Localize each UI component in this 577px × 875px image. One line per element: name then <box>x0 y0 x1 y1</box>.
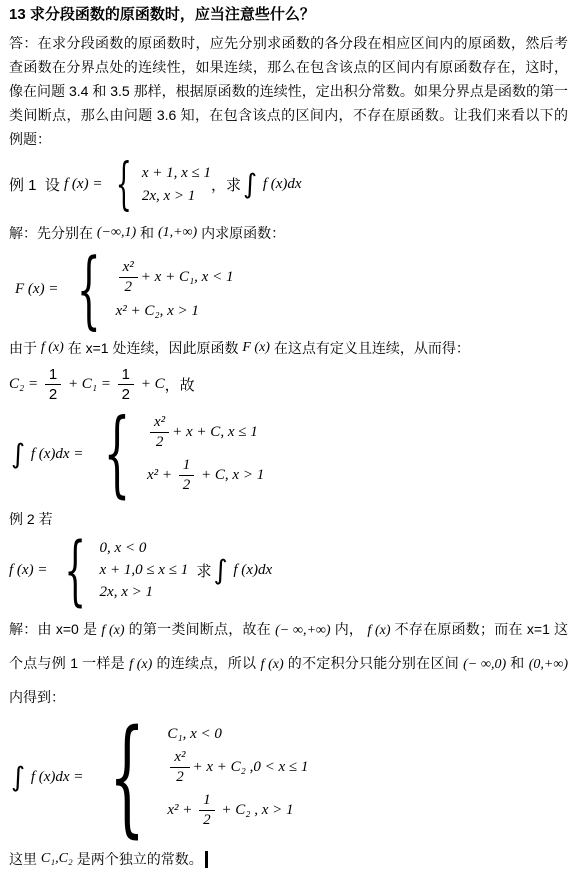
case-row: x²2+ x + C, x ≤ 1 <box>147 414 258 451</box>
example1-task: ，求∫ f (x)dx <box>211 171 302 198</box>
left-brace-icon: { <box>116 159 132 211</box>
integral2-lhs: ∫ f (x)dx = <box>9 764 87 791</box>
integral2-case-rows: C₁, x < 0 x²2+ x + C₂ ,0 < x ≤ 1 x² + 12… <box>167 726 308 829</box>
example2-lhs: f (x) = <box>9 562 51 579</box>
example2-case-rows: 0, x < 0 x + 1,0 ≤ x ≤ 1 2x, x > 1 <box>100 540 189 601</box>
example1-piecewise: { x + 1, x ≤ 1 2x, x > 1 <box>106 159 211 211</box>
closing-text: 这里 C₁,C₂ 是两个独立的常数。 <box>9 849 203 869</box>
example2-piecewise: { 0, x < 0 x + 1,0 ≤ x ≤ 1 2x, x > 1 <box>51 535 188 605</box>
antiderivative-F-formula: F (x) = { x²2+ x + C₁, x < 1 x² + C₂, x … <box>15 251 568 328</box>
case-row: C₁, x < 0 <box>167 726 222 743</box>
case-row: 0, x < 0 <box>100 540 147 557</box>
continuity-note: 由于 f (x) 在 x=1 处连续，因此原函数 F (x) 在这点有定义且连续… <box>9 338 568 358</box>
example1-intro: 例 1 设 <box>9 174 64 195</box>
example2-label: 例 2 若 <box>9 509 568 529</box>
closing-note: 这里 C₁,C₂ 是两个独立的常数。 <box>9 849 568 869</box>
example2-task: 求∫ f (x)dx <box>188 557 272 584</box>
case-row: 2x, x > 1 <box>142 188 195 205</box>
integral1-piecewise: { x²2+ x + C, x ≤ 1 x² + 12 + C, x > 1 <box>87 411 264 497</box>
case-row: x²2+ x + C₂ ,0 < x ≤ 1 <box>167 749 308 786</box>
example1-lhs: f (x) = <box>64 176 106 193</box>
integral1-case-rows: x²2+ x + C, x ≤ 1 x² + 12 + C, x > 1 <box>147 414 264 494</box>
left-brace-icon: { <box>64 535 86 605</box>
solution2-paragraph: 解：由 x=0 是 f (x) 的第一类间断点，故在 (− ∞,+∞) 内， f… <box>9 613 568 713</box>
text-cursor[interactable] <box>205 851 208 868</box>
integral2-piecewise: { C₁, x < 0 x²2+ x + C₂ ,0 < x ≤ 1 x² + … <box>87 719 308 835</box>
left-brace-icon: { <box>77 251 101 328</box>
case-row: x + 1,0 ≤ x ≤ 1 <box>100 562 189 579</box>
case-row: x² + 12 + C₂ , x > 1 <box>167 792 293 829</box>
F-lhs: F (x) = <box>15 281 62 298</box>
integral1-lhs: ∫ f (x)dx = <box>9 441 87 468</box>
case-row: 2x, x > 1 <box>100 584 153 601</box>
integral-result-formula-2: ∫ f (x)dx = { C₁, x < 0 x²2+ x + C₂ ,0 <… <box>9 719 568 835</box>
case-row: x²2+ x + C₁, x < 1 <box>116 259 234 296</box>
question-title: 13 求分段函数的原函数时，应当注意些什么？ <box>9 5 568 25</box>
case-row: x² + 12 + C, x > 1 <box>147 457 264 494</box>
constant-relation-formula: C₂ = 12 + C₁ = 12 + C，故 <box>9 366 568 403</box>
example2-function-formula: f (x) = { 0, x < 0 x + 1,0 ≤ x ≤ 1 2x, x… <box>9 535 568 605</box>
integral-result-formula-1: ∫ f (x)dx = { x²2+ x + C, x ≤ 1 x² + 12 … <box>9 411 568 497</box>
example1-formula: 例 1 设 f (x) = { x + 1, x ≤ 1 2x, x > 1 ，… <box>9 159 568 211</box>
answer-paragraph: 答：在求分段函数的原函数时，应先分别求函数的各分段在相应区间内的原函数，然后考查… <box>9 31 568 151</box>
document-page[interactable]: 13 求分段函数的原函数时，应当注意些什么？ 答：在求分段函数的原函数时，应先分… <box>0 0 577 869</box>
left-brace-icon: { <box>109 719 145 835</box>
case-row: x + 1, x ≤ 1 <box>142 165 211 182</box>
example1-case-rows: x + 1, x ≤ 1 2x, x > 1 <box>142 165 211 205</box>
left-brace-icon: { <box>104 411 131 497</box>
F-case-rows: x²2+ x + C₁, x < 1 x² + C₂, x > 1 <box>116 259 234 320</box>
case-row: x² + C₂, x > 1 <box>116 303 199 320</box>
F-piecewise: { x²2+ x + C₁, x < 1 x² + C₂, x > 1 <box>62 251 233 328</box>
